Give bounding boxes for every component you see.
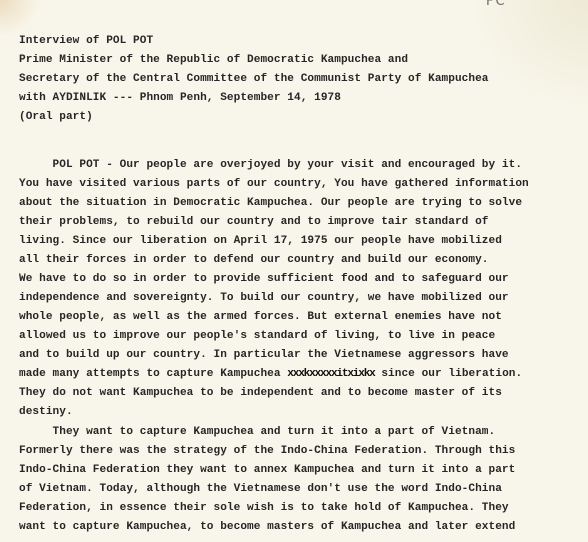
body-line: You have visited various parts of our co… — [19, 175, 529, 194]
subtitle-line: (Oral part) — [19, 108, 93, 127]
typewritten-page: FC Interview of POL POT Prime Minister o… — [0, 0, 588, 542]
body-line: independence and sovereignty. To build o… — [19, 289, 509, 308]
body-line: Formerly there was the strategy of the I… — [19, 442, 515, 461]
body-line: Indo-China Federation they want to annex… — [19, 461, 515, 480]
subtitle-line: Secretary of the Central Committee of th… — [19, 70, 489, 89]
body-line: We have to do so in order to provide suf… — [19, 270, 509, 289]
body-line: want to capture Kampuchea, to become mas… — [19, 518, 515, 537]
title-line: Interview of POL POT — [19, 32, 153, 51]
line-text: since our liberation. — [375, 368, 523, 380]
body-line: and to build up our country. In particul… — [19, 346, 509, 365]
body-line: Federation, in essence their sole wish i… — [19, 499, 509, 518]
body-line: whole people, as well as the armed force… — [19, 308, 502, 327]
subtitle-line: with AYDINLIK --- Phnom Penh, September … — [19, 89, 341, 108]
body-line: about the situation in Democratic Kampuc… — [19, 194, 522, 213]
body-line: destiny. — [19, 403, 73, 422]
body-line: of Vietnam. Today, although the Vietname… — [19, 480, 502, 499]
struck-out-text: xxxkxxxxxitxixkx — [287, 368, 374, 380]
body-line: POL POT - Our people are overjoyed by yo… — [19, 156, 522, 175]
subtitle-line: Prime Minister of the Republic of Democr… — [19, 51, 408, 70]
body-line: their problems, to rebuild our country a… — [19, 213, 489, 232]
body-line: living. Since our liberation on April 17… — [19, 232, 502, 251]
line-text: made many attempts to capture Kampuchea — [19, 368, 287, 380]
body-line: allowed us to improve our people's stand… — [19, 327, 495, 346]
handwritten-margin-note: FC — [486, 0, 507, 9]
body-line: all their forces in order to defend our … — [19, 251, 489, 270]
body-line: They do not want Kampuchea to be indepen… — [19, 384, 502, 403]
body-line: They want to capture Kampuchea and turn … — [19, 423, 495, 442]
body-line-with-strikeout: made many attempts to capture Kampuchea … — [19, 365, 522, 384]
